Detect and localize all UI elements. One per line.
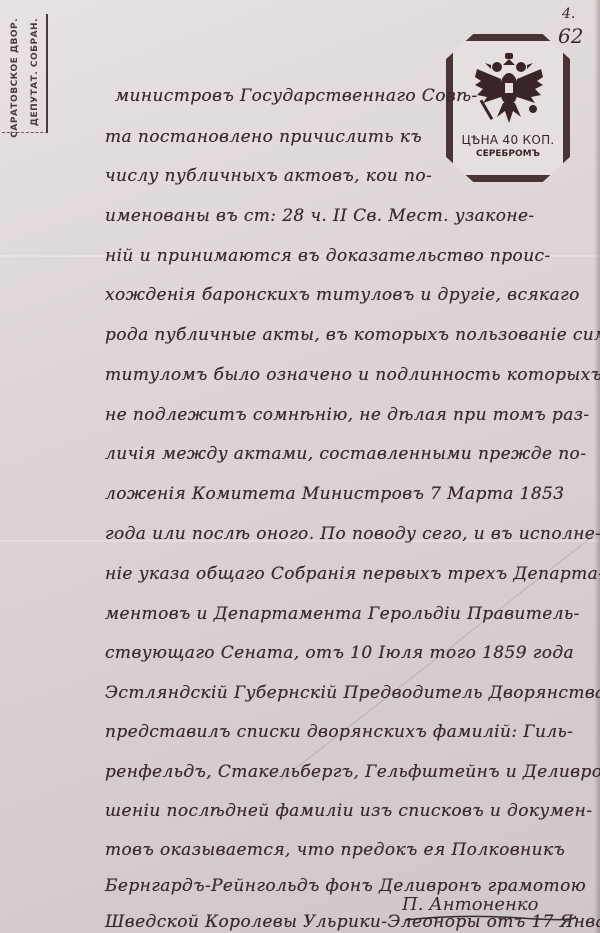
folio-page-number: 62 <box>558 24 583 48</box>
text-line: ствующаго Сената, отъ 10 Іюля того 1859 … <box>105 643 574 663</box>
archive-stamp-line-2: ДЕПУТАТ. СОБРАН. <box>30 18 40 126</box>
text-line: шеніи послѣдней фамиліи изъ списковъ и д… <box>105 801 592 821</box>
archive-stamp-line-1: САРАТОВСКОЕ ДВОР. <box>10 18 20 138</box>
archive-stamp: САРАТОВСКОЕ ДВОР. ДЕПУТАТ. СОБРАН. <box>2 14 48 133</box>
text-line: ложенія Комитета Министровъ 7 Марта 1853 <box>105 484 564 504</box>
text-line: товъ оказывается, что предокъ ея Полковн… <box>105 840 565 860</box>
document-page: САРАТОВСКОЕ ДВОР. ДЕПУТАТ. СОБРАН. <box>0 0 600 933</box>
signature-flourish-icon <box>400 912 580 930</box>
text-line: ній и принимаются въ доказательство прои… <box>105 246 551 266</box>
text-line: та постановлено причислить къ <box>105 127 422 147</box>
page-edge-shadow <box>594 0 600 933</box>
text-line: Эстляндскій Губернскій Предводитель Двор… <box>105 683 600 703</box>
text-line: года или послѣ оного. По поводу сего, и … <box>105 524 600 544</box>
text-line: личія между актами, составленными прежде… <box>105 444 586 464</box>
stamp-currency: СЕРЕБРОМЪ <box>453 149 563 159</box>
text-line: министровъ Государственнаго Совѣ- <box>115 86 478 106</box>
text-line: представилъ списки дворянскихъ фамилій: … <box>105 722 573 742</box>
folio-number: 4. 62 <box>558 4 598 54</box>
revenue-stamp: ЦѢНА 40 КОП. СЕРЕБРОМЪ <box>446 34 570 182</box>
text-line: именованы въ ст: 28 ч. II Св. Мест. узак… <box>105 206 535 226</box>
text-line: числу публичныхъ актовъ, кои по- <box>105 166 432 186</box>
text-line: Бернгардъ-Рейнгольдъ фонъ Деливронъ грам… <box>105 876 586 896</box>
text-line: рода публичные акты, въ которыхъ пользов… <box>105 325 600 345</box>
text-line: ментовъ и Департамента Герольдіи Правите… <box>105 604 580 624</box>
text-line: ренфельдъ, Стакельбергъ, Гельфштейнъ и Д… <box>105 762 600 782</box>
text-line: титуломъ было означено и подлинность кот… <box>105 365 600 385</box>
text-line: хожденія баронскихъ титуловъ и другіе, в… <box>105 285 580 305</box>
double-headed-eagle-icon <box>471 51 547 131</box>
stamp-price: ЦѢНА 40 КОП. <box>453 133 563 147</box>
text-line: ніе указа общаго Собранія первыхъ трехъ … <box>105 564 600 584</box>
text-line: не подлежитъ сомнѣнію, не дѣлая при томъ… <box>105 405 590 425</box>
folio-mark: 4. <box>562 6 575 22</box>
